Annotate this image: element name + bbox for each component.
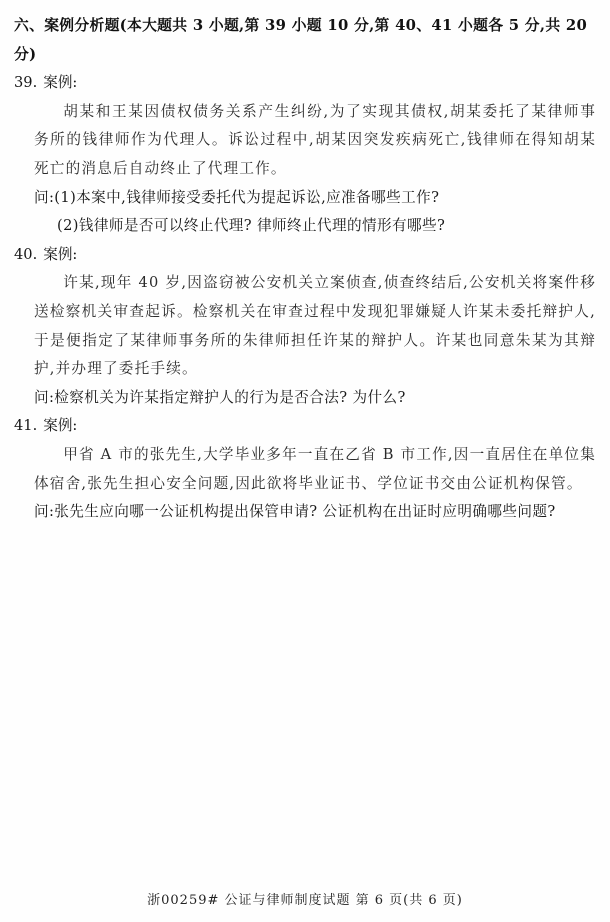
question-39-ask-1: 问:(1)本案中,钱律师接受委托代为提起诉讼,应准备哪些工作? bbox=[34, 184, 596, 213]
page-footer: 浙00259# 公证与律师制度试题 第 6 页(共 6 页) bbox=[0, 889, 610, 908]
question-label: 案例: bbox=[43, 74, 77, 91]
question-number: 39. bbox=[14, 74, 37, 91]
question-40-ask-1: 问:检察机关为许某指定辩护人的行为是否合法? 为什么? bbox=[34, 384, 596, 413]
question-41-case-text: 甲省 A 市的张先生,大学毕业多年一直在乙省 B 市工作,因一直居住在单位集体宿… bbox=[34, 441, 596, 498]
question-40: 40.案例: 许某,现年 40 岁,因盗窃被公安机关立案侦查,侦查终结后,公安机… bbox=[14, 241, 596, 413]
section-header: 六、案例分析题(本大题共 3 小题,第 39 小题 10 分,第 40、41 小… bbox=[14, 12, 596, 69]
question-label: 案例: bbox=[43, 246, 77, 263]
question-number: 40. bbox=[14, 246, 37, 263]
question-label: 案例: bbox=[43, 417, 77, 434]
question-40-caption: 40.案例: bbox=[14, 241, 596, 270]
question-41-caption: 41.案例: bbox=[14, 412, 596, 441]
question-number: 41. bbox=[14, 417, 37, 434]
page-content: 六、案例分析题(本大题共 3 小题,第 39 小题 10 分,第 40、41 小… bbox=[14, 12, 596, 527]
question-39-case-text: 胡某和王某因债权债务关系产生纠纷,为了实现其债权,胡某委托了某律师事务所的钱律师… bbox=[34, 98, 596, 184]
question-40-case-text: 许某,现年 40 岁,因盗窃被公安机关立案侦查,侦查终结后,公安机关将案件移送检… bbox=[34, 269, 596, 383]
question-41: 41.案例: 甲省 A 市的张先生,大学毕业多年一直在乙省 B 市工作,因一直居… bbox=[14, 412, 596, 526]
exam-page: 六、案例分析题(本大题共 3 小题,第 39 小题 10 分,第 40、41 小… bbox=[0, 0, 610, 922]
question-41-ask-1: 问:张先生应向哪一公证机构提出保管申请? 公证机构在出证时应明确哪些问题? bbox=[34, 498, 596, 527]
question-39-caption: 39.案例: bbox=[14, 69, 596, 98]
question-39-ask-2: (2)钱律师是否可以终止代理? 律师终止代理的情形有哪些? bbox=[57, 212, 596, 241]
question-39: 39.案例: 胡某和王某因债权债务关系产生纠纷,为了实现其债权,胡某委托了某律师… bbox=[14, 69, 596, 241]
